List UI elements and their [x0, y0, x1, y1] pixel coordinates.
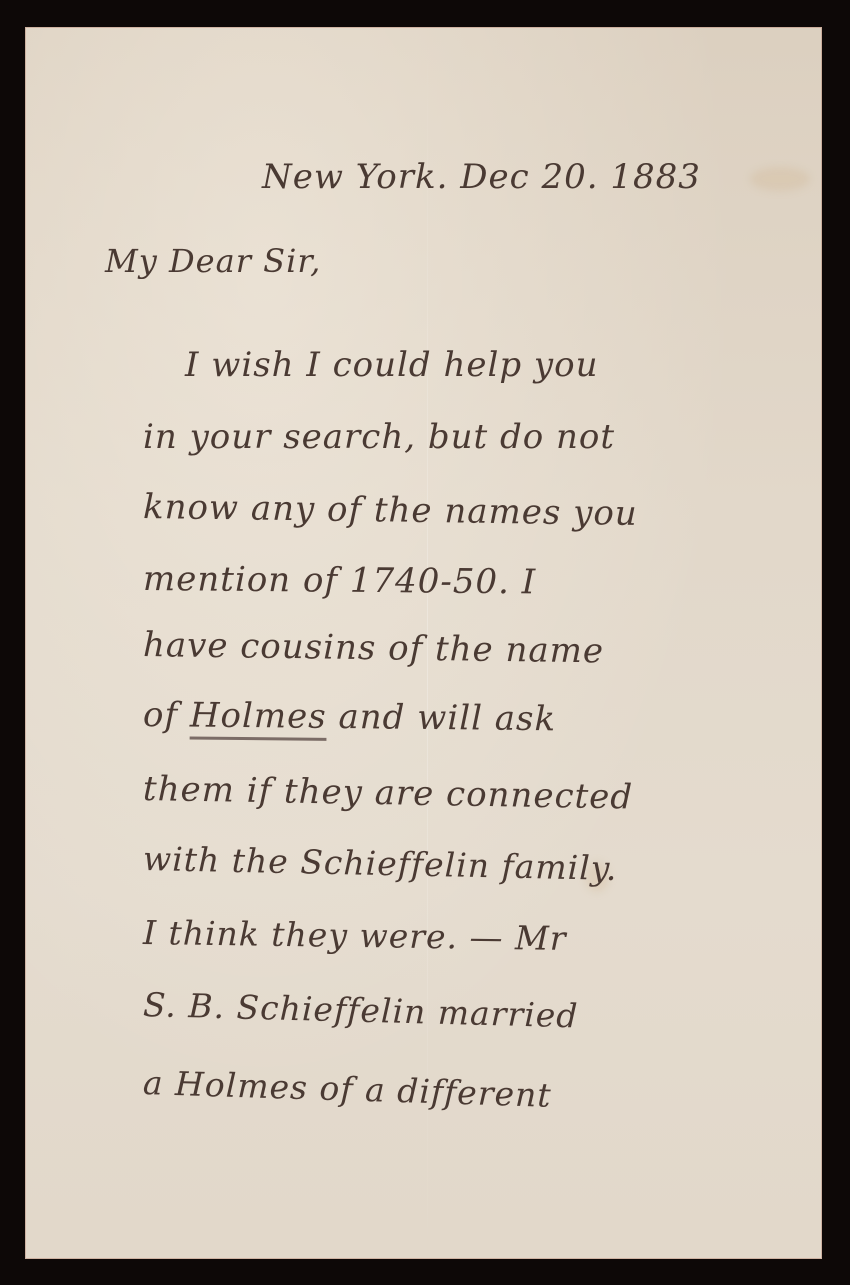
body-line-8: with the Schieffelin family.: [143, 839, 618, 888]
letter-page: New York. Dec 20. 1883 My Dear Sir, I wi…: [25, 27, 822, 1259]
body-line-3: know any of the names you: [143, 487, 638, 534]
body-line-1: I wish I could help you: [185, 345, 599, 385]
body-line-10: S. B. Schieffelin married: [142, 985, 578, 1035]
body-line-9: I think they were. — Mr: [143, 913, 567, 958]
document-scan: New York. Dec 20. 1883 My Dear Sir, I wi…: [0, 0, 850, 1285]
body-line-6: of Holmes and will ask: [143, 695, 556, 739]
body-line-6-rest: and will ask: [326, 697, 556, 739]
body-line-5: have cousins of the name: [143, 625, 605, 671]
body-line-7: them if they are connected: [143, 769, 634, 818]
paper-stain: [750, 167, 810, 191]
dateline: New York. Dec 20. 1883: [262, 157, 701, 197]
underlined-name-holmes: Holmes: [190, 695, 327, 736]
body-line-4: mention of 1740-50. I: [143, 559, 537, 602]
body-line-2: in your search, but do not: [143, 417, 615, 457]
body-line-11: a Holmes of a different: [142, 1063, 552, 1115]
body-line-6-lead: of: [143, 695, 190, 735]
salutation: My Dear Sir,: [105, 242, 321, 280]
